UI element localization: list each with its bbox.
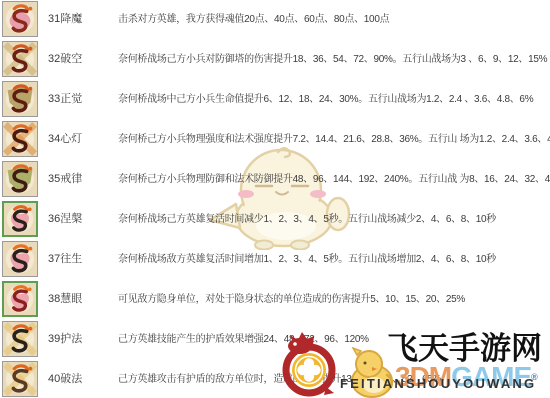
skill-description: 奈何桥战场己方英雄复活时间减少1、2、3、4、5秒。五行山战场减少2、4、6、8… [118,213,496,226]
skill-row: 37往生 奈何桥战场敌方英雄复活时间增加1、2、3、4、5秒。五行山战场增加2、… [0,240,550,280]
skill-row: 40破法 己方英雄攻击有护盾的敌方单位时，造成的伤害提升13、26、39、52、… [0,360,550,398]
skill-icon [2,41,38,77]
skill-name: 39护法 [48,333,82,346]
skill-icon [2,321,38,357]
skill-row: 36涅槃 奈何桥战场己方英雄复活时间减少1、2、3、4、5秒。五行山战场减少2、… [0,200,550,240]
skill-row: 38慧眼 可见敌方隐身单位，对处于隐身状态的单位造成的伤害提升5、10、15、2… [0,280,550,320]
skill-icon [2,201,38,237]
skill-name: 34心灯 [48,133,82,146]
skill-description: 奈何桥己方小兵物理防御和法术防御提升48、96、144、192、240%。五行山… [118,173,550,186]
skill-description: 奈何桥战场己方小兵对防御塔的伤害提升18、36、54、72、90%。五行山战场为… [118,53,547,66]
skill-row: 35戒律 奈何桥己方小兵物理防御和法术防御提升48、96、144、192、240… [0,160,550,200]
skill-description: 奈何桥战场敌方英雄复活时间增加1、2、3、4、5秒。五行山战场增加2、4、6、8… [118,253,496,266]
skill-icon [2,361,38,397]
skill-icon [2,81,38,117]
skill-name: 31降魔 [48,13,82,26]
skill-name: 36涅槃 [48,213,82,226]
skill-icon [2,241,38,277]
skill-description: 奈何桥己方小兵物理强度和法术强度提升7.2、14.4、21.6、28.8、36%… [118,133,550,146]
skill-icon [2,121,38,157]
skill-icon [2,281,38,317]
skill-row: 33正觉 奈何桥战场中己方小兵生命值提升6、12、18、24、30%。五行山战场… [0,80,550,120]
skill-name: 37往生 [48,253,82,266]
skill-name: 40破法 [48,373,82,386]
skill-icon [2,161,38,197]
skill-description: 己方英雄技能产生的护盾效果增强24、48、72、96、120% [118,333,369,346]
skill-name: 32破空 [48,53,82,66]
skill-icon [2,1,38,37]
skill-row: 32破空 奈何桥战场己方小兵对防御塔的伤害提升18、36、54、72、90%。五… [0,40,550,80]
skill-description: 可见敌方隐身单位，对处于隐身状态的单位造成的伤害提升5、10、15、20、25% [118,293,465,306]
skill-description: 奈何桥战场中己方小兵生命值提升6、12、18、24、30%。五行山战场为1.2、… [118,93,533,106]
skill-row: 34心灯 奈何桥己方小兵物理强度和法术强度提升7.2、14.4、21.6、28.… [0,120,550,160]
skill-row: 39护法 己方英雄技能产生的护盾效果增强24、48、72、96、120% [0,320,550,360]
skill-row: 31降魔 击杀对方英雄，我方获得魂值20点、40点、60点、80点、100点 [0,0,550,40]
skill-name: 38慧眼 [48,293,82,306]
skill-name: 35戒律 [48,173,82,186]
skill-name: 33正觉 [48,93,82,106]
skill-description: 击杀对方英雄，我方获得魂值20点、40点、60点、80点、100点 [118,13,389,26]
skill-description: 己方英雄攻击有护盾的敌方单位时，造成的伤害提升13、26、39、52、65% [118,373,441,386]
skill-table-page: 31降魔 击杀对方英雄，我方获得魂值20点、40点、60点、80点、100点 3… [0,0,550,398]
